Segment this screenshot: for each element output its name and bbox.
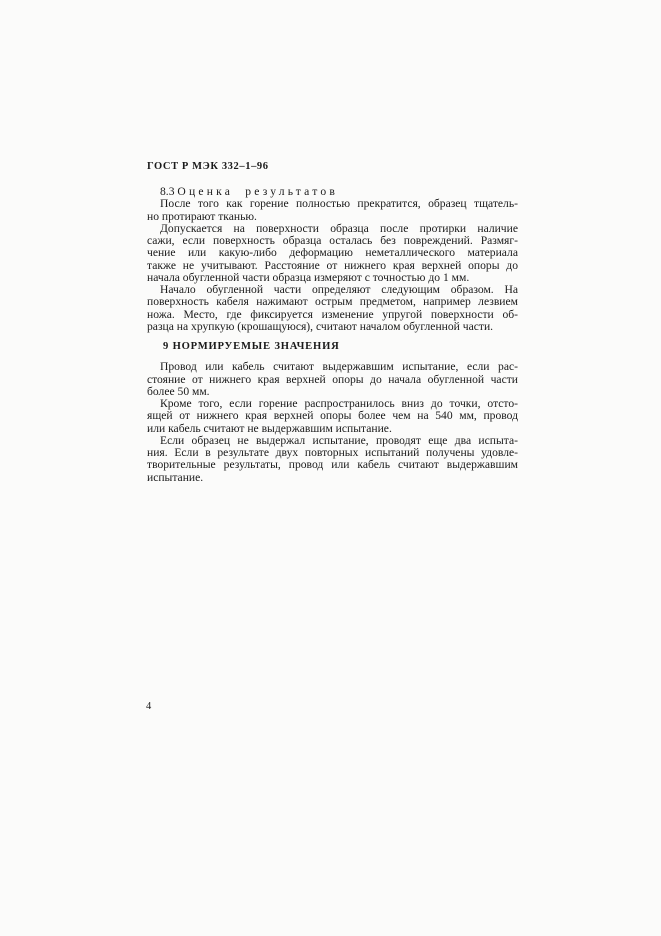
document-header: ГОСТ Р МЭК 332–1–96 [147,161,269,172]
text-line: Провод или кабель считают выдержавшим ис… [147,361,518,373]
paragraph: После того как горение полностью прекрат… [147,198,518,223]
paragraph: Если образец не выдержал испытание, пров… [147,435,518,484]
document-body: 8.3 Оценка результатов После того как го… [147,186,518,484]
paragraph: Допускается на поверхности образца после… [147,223,518,284]
page-number: 4 [146,701,151,712]
paragraph: Кроме того, если горение распространилос… [147,398,518,435]
text-line: поверхность кабеля нажимают острым предм… [147,296,518,308]
text-line: творительные результаты, провод или кабе… [147,459,518,471]
text-line: также не учитывают. Расстояние от нижнег… [147,260,518,272]
text-line: разца на хрупкую (крошащуюся), считают н… [147,321,518,333]
text-line: ящей от нижнего края верхней опоры более… [147,410,518,422]
text-line: но протирают тканью. [147,211,518,223]
text-line: чение или какую-либо деформацию неметалл… [147,247,518,259]
text-line: ножа. Место, где фиксируется изменение у… [147,309,518,321]
section-number: 8.3 [160,185,175,198]
section-title: НОРМИРУЕМЫЕ ЗНАЧЕНИЯ [173,341,340,352]
text-line: стояние от нижнего края верхней опоры до… [147,374,518,386]
text-line: После того как горение полностью прекрат… [147,198,518,210]
text-line: или кабель считают не выдержавшим испыта… [147,423,518,435]
section-number: 9 [163,341,169,352]
paragraph: Начало обугленной части определяют следу… [147,284,518,333]
paragraph: Провод или кабель считают выдержавшим ис… [147,361,518,398]
scanned-document-page: ГОСТ Р МЭК 332–1–96 8.3 Оценка результат… [0,0,661,936]
section-heading-9: 9 НОРМИРУЕМЫЕ ЗНАЧЕНИЯ [147,341,518,353]
text-line: испытание. [147,472,518,484]
section-title: Оценка результатов [177,185,338,198]
